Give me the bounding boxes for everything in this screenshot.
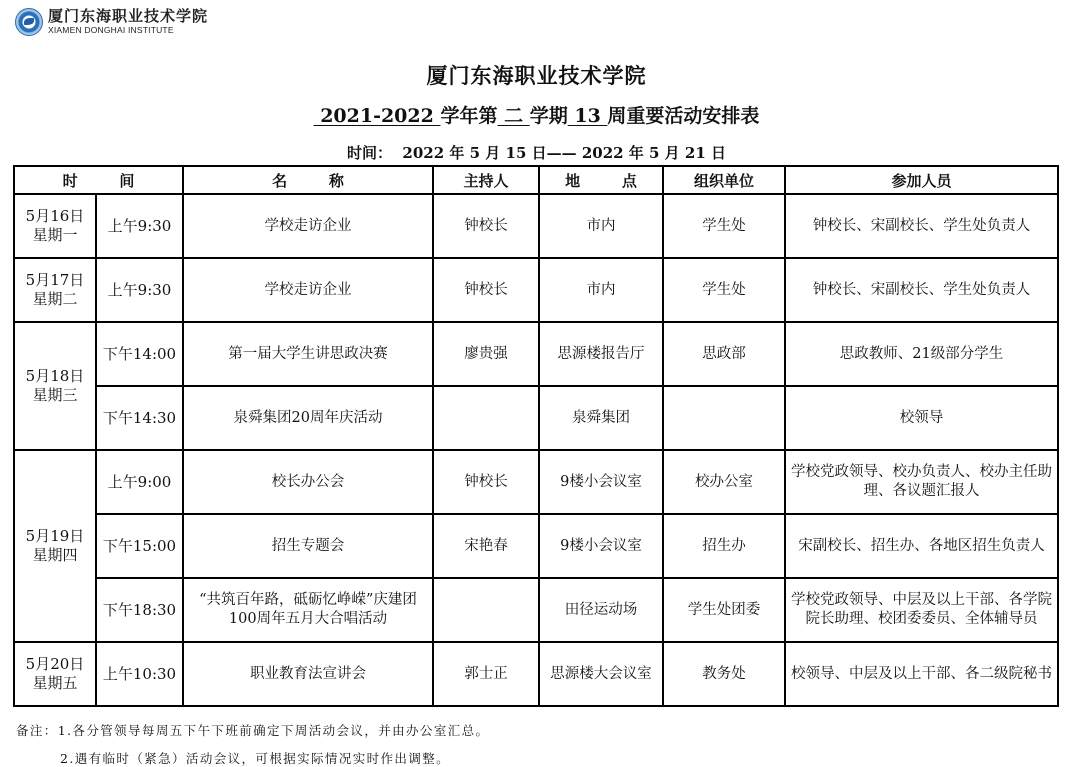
host-cell: 钟校长 [433, 194, 539, 258]
date-text: 5月19日 [15, 527, 95, 546]
organizer-cell: 校办公室 [663, 450, 785, 514]
column-header-time: 时 间 [14, 166, 183, 194]
date-cell: 5月16日星期一 [14, 194, 96, 258]
term-number: 二 [497, 105, 529, 127]
location-cell: 泉舜集团 [539, 386, 663, 450]
host-cell: 钟校长 [433, 450, 539, 514]
date-range: 时间： 2022 年 5 月 15 日—— 2022 年 5 月 21 日 [0, 142, 1073, 163]
column-header-host: 主持人 [433, 166, 539, 194]
note-line-2: 2.遇有临时（紧急）活动会议，可根据实际情况实时作出调整。 [16, 745, 489, 767]
notes: 备注：1.各分管领导每周五下午下班前确定下周活动会议，并由办公室汇总。 2.遇有… [16, 717, 489, 767]
schedule-subtitle: 2021-2022 学年第 二 学期 13 周重要活动安排表 [0, 101, 1073, 128]
location-cell: 9楼小会议室 [539, 514, 663, 578]
organizer-cell: 教务处 [663, 642, 785, 706]
column-header-location: 地 点 [539, 166, 663, 194]
organizer-cell: 学生处团委 [663, 578, 785, 642]
weekday-text: 星期三 [15, 386, 95, 405]
attendees-cell: 钟校长、宋副校长、学生处负责人 [785, 194, 1058, 258]
date-cell: 5月19日星期四 [14, 450, 96, 642]
table-header-row: 时 间 名 称 主持人 地 点 组织单位 参加人员 [14, 166, 1058, 194]
time-cell: 下午15:00 [96, 514, 183, 578]
date-cell: 5月18日星期三 [14, 322, 96, 450]
attendees-cell: 学校党政领导、中层及以上干部、各学院院长助理、校团委委员、全体辅导员 [785, 578, 1058, 642]
column-header-organizer: 组织单位 [663, 166, 785, 194]
weekday-text: 星期五 [15, 674, 95, 693]
attendees-cell: 校领导 [785, 386, 1058, 450]
event-name-cell: 学校走访企业 [183, 194, 433, 258]
organizer-cell: 学生处 [663, 258, 785, 322]
attendees-cell: 思政教师、21级部分学生 [785, 322, 1058, 386]
weekday-text: 星期二 [15, 290, 95, 309]
host-cell: 宋艳春 [433, 514, 539, 578]
organizer-cell [663, 386, 785, 450]
subtitle-text: 周重要活动安排表 [607, 105, 759, 127]
time-cell: 上午9:30 [96, 258, 183, 322]
time-cell: 下午18:30 [96, 578, 183, 642]
host-cell [433, 386, 539, 450]
academic-year: 2021-2022 [314, 105, 441, 127]
date-cell: 5月17日星期二 [14, 258, 96, 322]
time-cell: 上午9:00 [96, 450, 183, 514]
column-header-name: 名 称 [183, 166, 433, 194]
subtitle-text: 学期 [530, 105, 568, 127]
weekday-text: 星期四 [15, 546, 95, 565]
event-name-cell: 职业教育法宣讲会 [183, 642, 433, 706]
subtitle-text: 学年第 [440, 105, 497, 127]
date-text: 5月18日 [15, 367, 95, 386]
table-row: 下午15:00 招生专题会 宋艳春 9楼小会议室 招生办 宋副校长、招生办、各地… [14, 514, 1058, 578]
date-text: 5月16日 [15, 207, 95, 226]
table-row: 下午14:30 泉舜集团20周年庆活动 泉舜集团 校领导 [14, 386, 1058, 450]
school-emblem-icon [15, 8, 43, 36]
location-cell: 9楼小会议室 [539, 450, 663, 514]
attendees-cell: 学校党政领导、校办负责人、校办主任助理、各议题汇报人 [785, 450, 1058, 514]
page-title: 厦门东海职业技术学院 [0, 60, 1073, 90]
schedule-table: 时 间 名 称 主持人 地 点 组织单位 参加人员 5月16日星期一 上午9:3… [13, 165, 1059, 707]
table-row: 5月16日星期一 上午9:30 学校走访企业 钟校长 市内 学生处 钟校长、宋副… [14, 194, 1058, 258]
host-cell: 廖贵强 [433, 322, 539, 386]
week-number: 13 [568, 105, 608, 127]
host-cell: 郭士正 [433, 642, 539, 706]
event-name-cell: 招生专题会 [183, 514, 433, 578]
table-row: 5月18日星期三 下午14:00 第一届大学生讲思政决赛 廖贵强 思源楼报告厅 … [14, 322, 1058, 386]
host-cell: 钟校长 [433, 258, 539, 322]
logo-name-en: XIAMEN DONGHAI INSTITUTE [48, 26, 208, 35]
event-name-cell: 泉舜集团20周年庆活动 [183, 386, 433, 450]
time-cell: 上午9:30 [96, 194, 183, 258]
organizer-cell: 学生处 [663, 194, 785, 258]
location-cell: 思源楼报告厅 [539, 322, 663, 386]
location-cell: 田径运动场 [539, 578, 663, 642]
event-name-cell: 校长办公会 [183, 450, 433, 514]
time-cell: 上午10:30 [96, 642, 183, 706]
table-row: 5月19日星期四 上午9:00 校长办公会 钟校长 9楼小会议室 校办公室 学校… [14, 450, 1058, 514]
logo-name-cn: 厦门东海职业技术学院 [48, 9, 208, 24]
weekday-text: 星期一 [15, 226, 95, 245]
note-line-1: 备注：1.各分管领导每周五下午下班前确定下周活动会议，并由办公室汇总。 [16, 717, 489, 745]
event-name-cell: “共筑百年路，砥砺忆峥嵘”庆建团100周年五月大合唱活动 [183, 578, 433, 642]
organizer-cell: 招生办 [663, 514, 785, 578]
organizer-cell: 思政部 [663, 322, 785, 386]
date-cell: 5月20日星期五 [14, 642, 96, 706]
attendees-cell: 钟校长、宋副校长、学生处负责人 [785, 258, 1058, 322]
table-row: 5月17日星期二 上午9:30 学校走访企业 钟校长 市内 学生处 钟校长、宋副… [14, 258, 1058, 322]
host-cell [433, 578, 539, 642]
school-logo: 厦门东海职业技术学院 XIAMEN DONGHAI INSTITUTE [15, 8, 208, 36]
date-text: 5月20日 [15, 655, 95, 674]
event-name-cell: 第一届大学生讲思政决赛 [183, 322, 433, 386]
location-cell: 思源楼大会议室 [539, 642, 663, 706]
time-cell: 下午14:30 [96, 386, 183, 450]
location-cell: 市内 [539, 258, 663, 322]
date-text: 5月17日 [15, 271, 95, 290]
time-cell: 下午14:00 [96, 322, 183, 386]
table-row: 5月20日星期五 上午10:30 职业教育法宣讲会 郭士正 思源楼大会议室 教务… [14, 642, 1058, 706]
column-header-attendees: 参加人员 [785, 166, 1058, 194]
attendees-cell: 宋副校长、招生办、各地区招生负责人 [785, 514, 1058, 578]
location-cell: 市内 [539, 194, 663, 258]
event-name-cell: 学校走访企业 [183, 258, 433, 322]
attendees-cell: 校领导、中层及以上干部、各二级院秘书 [785, 642, 1058, 706]
table-row: 下午18:30 “共筑百年路，砥砺忆峥嵘”庆建团100周年五月大合唱活动 田径运… [14, 578, 1058, 642]
